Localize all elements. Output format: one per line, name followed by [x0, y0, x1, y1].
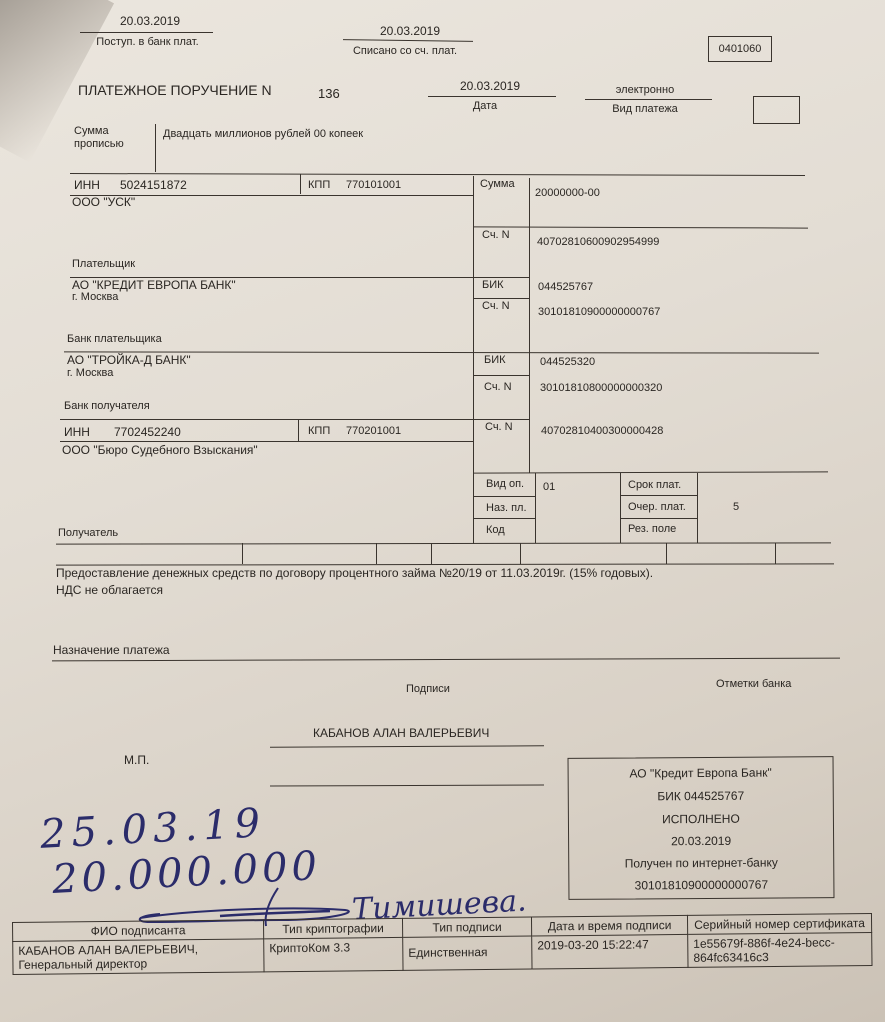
divider — [620, 473, 621, 543]
received-date: 20.03.2019 — [90, 14, 210, 28]
col-header-signer: ФИО подписанта — [13, 920, 264, 942]
payer-bank-city: г. Москва — [72, 291, 118, 303]
payment-type-value: электронно — [595, 84, 695, 96]
payee-bank-account: 30101810800000000320 — [540, 382, 662, 394]
divider — [620, 495, 698, 496]
serial-line-2: 864fc63416c3 — [693, 949, 866, 965]
op-type-label: Вид оп. — [486, 478, 524, 490]
divider — [473, 298, 530, 299]
payee-kpp-label: КПП — [308, 425, 330, 437]
datetime-cell: 2019-03-20 15:22:47 — [532, 934, 688, 969]
col-header-serial: Серийный номер сертификата — [687, 913, 871, 934]
signer-name: КАБАНОВ АЛАН ВАЛЕРЬЕВИЧ — [313, 726, 489, 740]
payee-account-label: Сч. N — [485, 421, 513, 433]
priority-label: Очер. плат. — [628, 501, 686, 513]
divider — [473, 226, 808, 228]
divider — [697, 473, 698, 543]
payee-kpp: 770201001 — [346, 425, 401, 437]
divider — [376, 543, 377, 564]
payee-role-label: Получатель — [58, 527, 118, 539]
signatures-label: Подписи — [406, 683, 450, 695]
date-label: Дата — [440, 100, 530, 112]
payer-bik: 044525767 — [538, 281, 593, 293]
col-header-datetime: Дата и время подписи — [531, 915, 687, 936]
payee-inn-label: ИНН — [64, 425, 90, 439]
divider — [428, 96, 556, 97]
divider — [155, 124, 156, 172]
divider — [473, 471, 828, 473]
divider — [666, 543, 667, 564]
payer-bank-name: АО "КРЕДИТ ЕВРОПА БАНК" — [72, 278, 236, 292]
amount-words-value: Двадцать миллионов рублей 00 копеек — [163, 128, 363, 140]
amount-words-label-1: Сумма — [74, 125, 109, 137]
col-header-sign-type: Тип подписи — [402, 917, 531, 937]
empty-code-box — [753, 96, 800, 124]
divider — [298, 419, 299, 441]
divider — [242, 543, 243, 564]
document-date: 20.03.2019 — [440, 79, 540, 93]
payee-bank-city: г. Москва — [67, 367, 113, 379]
divider — [535, 473, 536, 543]
divider — [520, 543, 521, 564]
sign-type-cell: Единственная — [403, 936, 532, 970]
amount-label: Сумма — [480, 178, 515, 190]
divider — [431, 543, 432, 564]
purpose-line-1: Предоставление денежных средств по догов… — [56, 566, 653, 580]
payer-kpp: 770101001 — [346, 179, 401, 191]
payee-account: 40702810400300000428 — [541, 425, 663, 437]
divider — [473, 518, 536, 519]
payee-bank-role-label: Банк получателя — [64, 400, 150, 412]
payee-bank-name: АО "ТРОЙКА-Д БАНК" — [67, 353, 191, 367]
payee-bik-label: БИК — [484, 354, 506, 366]
payee-name: ООО "Бюро Судебного Взыскания" — [62, 443, 258, 457]
divider — [300, 174, 301, 194]
bank-stamp: АО "Кредит Европа Банк" БИК 044525767 ИС… — [568, 756, 835, 900]
stamp-bik: БИК 044525767 — [569, 788, 833, 804]
signature-line — [270, 785, 544, 787]
payment-type-label: Вид платежа — [590, 103, 700, 115]
code-label: Код — [486, 524, 505, 536]
stamp-place-label: М.П. — [124, 753, 149, 767]
payment-order-document: 20.03.2019 Поступ. в банк плат. 20.03.20… — [0, 0, 885, 1022]
purpose-line-2: НДС не облагается — [56, 583, 163, 597]
divider — [70, 173, 805, 176]
bank-marks-label: Отметки банка — [716, 678, 791, 690]
divider — [620, 518, 698, 519]
received-label: Поступ. в банк плат. — [85, 36, 210, 48]
stamp-account: 30101810900000000767 — [569, 877, 833, 893]
document-title: ПЛАТЕЖНОЕ ПОРУЧЕНИЕ N — [78, 82, 272, 98]
document-number: 136 — [318, 86, 340, 101]
stamp-status: ИСПОЛНЕНО — [569, 811, 833, 827]
signer-position: Генеральный директор — [18, 955, 258, 972]
payer-bank-account: 30101810900000000767 — [538, 306, 660, 318]
payer-inn-label: ИНН — [74, 178, 100, 192]
divider — [56, 542, 831, 544]
divider — [473, 496, 536, 497]
payer-bank-account-label: Сч. N — [482, 300, 510, 312]
payer-kpp-label: КПП — [308, 179, 330, 191]
signature-table: ФИО подписанта Тип криптографии Тип подп… — [12, 913, 873, 975]
crypto-cell: КриптоКом 3.3 — [264, 937, 403, 971]
divider — [585, 99, 712, 100]
payer-account: 40702810600902954999 — [537, 236, 659, 248]
amount-words-label-2: прописью — [74, 138, 124, 150]
payer-bank-role-label: Банк плательщика — [67, 333, 162, 345]
divider — [343, 39, 473, 42]
signer-cell: КАБАНОВ АЛАН ВАЛЕРЬЕВИЧ, Генеральный дир… — [13, 939, 264, 975]
payee-inn: 7702452240 — [114, 425, 181, 439]
payee-bik: 044525320 — [540, 356, 595, 368]
divider — [529, 178, 530, 473]
divider — [80, 32, 213, 33]
divider — [473, 375, 530, 376]
term-label: Срок плат. — [628, 479, 681, 491]
divider — [60, 419, 530, 420]
payer-account-label: Сч. N — [482, 229, 510, 241]
stamp-bank: АО "Кредит Европа Банк" — [569, 765, 833, 781]
payer-bik-label: БИК — [482, 279, 504, 291]
col-header-crypto: Тип криптографии — [263, 918, 402, 938]
priority-value: 5 — [733, 501, 739, 513]
divider — [473, 176, 474, 544]
divider — [775, 543, 776, 564]
purpose-code-label: Наз. пл. — [486, 502, 527, 514]
purpose-label: Назначение платежа — [53, 643, 170, 657]
form-code-box: 0401060 — [708, 36, 772, 62]
debited-label: Списано со сч. плат. — [340, 45, 470, 57]
divider — [60, 441, 474, 442]
reserve-label: Рез. поле — [628, 523, 676, 535]
payer-name: ООО "УСК" — [72, 195, 135, 209]
divider — [52, 658, 840, 662]
payer-inn: 5024151872 — [120, 178, 187, 192]
amount-value: 20000000-00 — [535, 187, 600, 199]
payer-role-label: Плательщик — [72, 258, 135, 270]
stamp-channel: Получен по интернет-банку — [569, 855, 833, 871]
stamp-date: 20.03.2019 — [569, 833, 833, 849]
payee-bank-account-label: Сч. N — [484, 381, 512, 393]
op-type-value: 01 — [543, 481, 555, 493]
debited-date: 20.03.2019 — [355, 24, 465, 38]
signature-line — [270, 745, 544, 747]
serial-cell: 1e55679f-886f-4e24-becc- 864fc63416c3 — [688, 932, 872, 967]
